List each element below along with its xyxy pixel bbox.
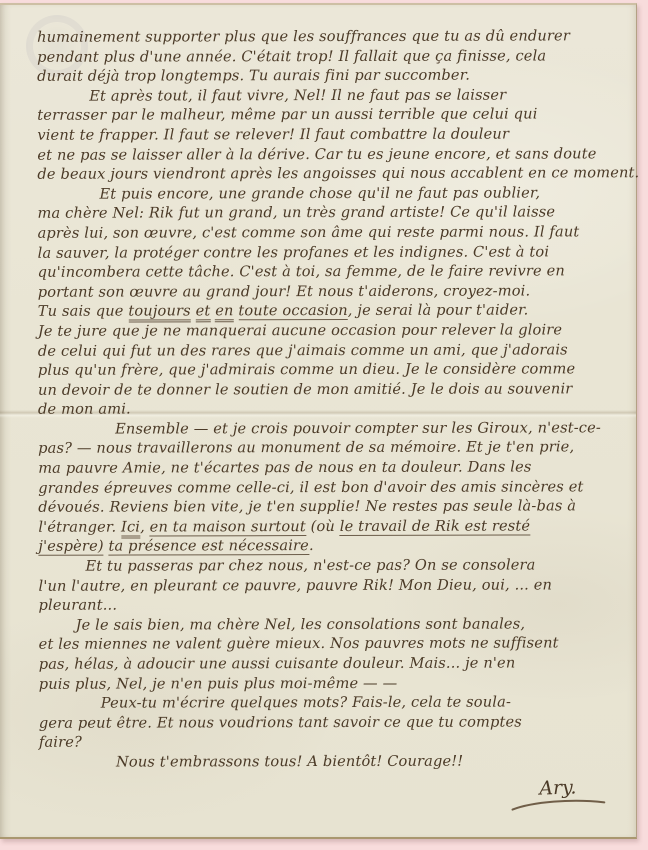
- text-segment: puis plus, Nel, je n'en puis plus moi-mê…: [39, 674, 398, 692]
- photo-mat-background: humainement supporter plus que les souff…: [0, 0, 648, 850]
- text-segment: gera peut être. Et nous voudrions tant s…: [39, 713, 522, 731]
- text-segment: Je te jure que je ne manquerai aucune oc…: [38, 321, 562, 339]
- letter-line: ma chère Nel: Rik fut un grand, un très …: [37, 203, 619, 224]
- text-segment: humainement supporter plus que les souff…: [37, 27, 570, 45]
- letter-line: portant son œuvre au grand jour! Et nous…: [38, 281, 620, 302]
- letter-line: de mon ami.: [38, 399, 620, 420]
- underlined-text: en ta maison surtout: [150, 518, 306, 536]
- underlined-text: en: [215, 303, 233, 323]
- text-segment: Nous t'embrassons tous! A bientôt! Coura…: [116, 753, 463, 771]
- text-segment: l'étranger.: [38, 518, 121, 535]
- text-segment: pendant plus d'une année. C'était trop! …: [37, 47, 546, 65]
- letter-line: Et après tout, il faut vivre, Nel! Il ne…: [37, 85, 619, 106]
- text-segment: (où: [306, 518, 340, 535]
- letter-line: j'espère) ta présence est nécessaire.: [38, 536, 620, 557]
- letter-line: l'un l'autre, en pleurant ce pauvre, pau…: [38, 575, 620, 596]
- letter-line: Je te jure que je ne manquerai aucune oc…: [38, 320, 620, 341]
- text-segment: Peux-tu m'écrire quelques mots? Fais-le,…: [101, 694, 511, 712]
- letter-line: puis plus, Nel, je n'en puis plus moi-mê…: [39, 673, 621, 694]
- letter-line: qu'incombera cette tâche. C'est à toi, s…: [38, 261, 620, 282]
- text-segment: de celui qui fut un des rares que j'aima…: [38, 341, 568, 359]
- letter-line: Peux-tu m'écrire quelques mots? Fais-le,…: [39, 692, 621, 713]
- text-segment: Tu sais que: [38, 303, 129, 320]
- letter-line: Ensemble — et je crois pouvoir compter s…: [38, 418, 620, 439]
- letter-line: Et tu passeras par chez nous, n'est-ce p…: [38, 555, 620, 576]
- underlined-text: le travail de Rik est resté: [340, 517, 530, 535]
- text-segment: , je serai là pour t'aider.: [348, 302, 529, 319]
- text-segment: [234, 303, 239, 320]
- letter-line: dévoués. Reviens bien vite, je t'en supp…: [38, 496, 620, 517]
- text-segment: après lui, son œuvre, c'est comme son âm…: [38, 223, 580, 241]
- letter-line: durait déjà trop longtemps. Tu aurais fi…: [37, 65, 619, 86]
- letter-line: ma pauvre Amie, ne t'écartes pas de nous…: [38, 457, 620, 478]
- letter-line: Et puis encore, une grande chose qu'il n…: [37, 183, 619, 204]
- text-segment: Et puis encore, une grande chose qu'il n…: [99, 184, 540, 202]
- text-segment: pas? — nous travaillerons au monument de…: [38, 439, 574, 457]
- text-segment: de mon ami.: [38, 401, 131, 418]
- text-segment: et les miennes ne valent guère mieux. No…: [39, 635, 559, 653]
- letter-line: grandes épreuves comme celle-ci, il est …: [38, 477, 620, 498]
- letter-line: pas? — nous travaillerons au monument de…: [38, 438, 620, 459]
- text-segment: plus qu'un frère, que j'admirais comme u…: [38, 360, 575, 378]
- text-segment: pleurant...: [39, 597, 118, 614]
- text-segment: portant son œuvre au grand jour! Et nous…: [38, 282, 531, 300]
- text-segment: faire?: [39, 734, 82, 751]
- signature: Ary.: [539, 776, 577, 799]
- letter-line: Je le sais bien, ma chère Nel, les conso…: [39, 614, 621, 635]
- letter-line: plus qu'un frère, que j'admirais comme u…: [38, 359, 620, 380]
- letter-line: de beaux jours viendront après les angoi…: [37, 163, 619, 184]
- letter-line: après lui, son œuvre, c'est comme son âm…: [38, 222, 620, 243]
- underlined-text: toujours: [128, 303, 190, 323]
- text-segment: ma chère Nel: Rik fut un grand, un très …: [37, 204, 555, 222]
- letter-line: l'étranger. Ici, en ta maison surtout (o…: [38, 516, 620, 537]
- letter-page: humainement supporter plus que les souff…: [0, 3, 637, 839]
- text-segment: dévoués. Reviens bien vite, je t'en supp…: [38, 498, 576, 516]
- text-segment: de beaux jours viendront après les angoi…: [37, 164, 639, 183]
- letter-body: humainement supporter plus que les souff…: [37, 26, 621, 772]
- letter-line: gera peut être. Et nous voudrions tant s…: [39, 712, 621, 733]
- letter-line: faire?: [39, 732, 621, 753]
- letter-line: et ne pas se laisser aller à la dérive. …: [37, 144, 619, 165]
- letter-line: un devoir de te donner le soutien de mon…: [38, 379, 620, 400]
- letter-line: pleurant...: [39, 594, 621, 615]
- text-segment: vient te frapper. Il faut se relever! Il…: [37, 125, 509, 143]
- letter-line: pas, hélas, à adoucir une aussi cuisante…: [39, 653, 621, 674]
- text-segment: ma pauvre Amie, ne t'écartes pas de nous…: [38, 459, 531, 477]
- text-segment: un devoir de te donner le soutien de mon…: [38, 380, 572, 398]
- text-segment: Et tu passeras par chez nous, n'est-ce p…: [85, 556, 535, 574]
- underlined-text: j'espère): [38, 538, 103, 556]
- letter-line: Nous t'embrassons tous! A bientôt! Coura…: [39, 751, 621, 772]
- text-segment: Je le sais bien, ma chère Nel, les conso…: [76, 615, 526, 633]
- text-segment: l'un l'autre, en pleurant ce pauvre, pau…: [38, 576, 552, 594]
- letter-line: vient te frapper. Il faut se relever! Il…: [37, 124, 619, 145]
- text-segment: grandes épreuves comme celle-ci, il est …: [38, 478, 583, 496]
- letter-line: de celui qui fut un des rares que j'aima…: [38, 340, 620, 361]
- text-segment: durait déjà trop longtemps. Tu aurais fi…: [37, 67, 470, 85]
- text-segment: ,: [140, 518, 150, 535]
- text-segment: Ensemble — et je crois pouvoir compter s…: [115, 419, 601, 437]
- text-segment: pas, hélas, à adoucir une aussi cuisante…: [39, 655, 516, 673]
- text-segment: la sauver, la protéger contre les profan…: [38, 243, 550, 261]
- underlined-text: et: [196, 303, 211, 323]
- text-segment: qu'incombera cette tâche. C'est à toi, s…: [38, 263, 565, 281]
- text-segment: .: [309, 537, 314, 554]
- letter-line: humainement supporter plus que les souff…: [37, 26, 619, 47]
- letter-line: et les miennes ne valent guère mieux. No…: [39, 634, 621, 655]
- letter-line: la sauver, la protéger contre les profan…: [38, 242, 620, 263]
- letter-line: terrasser par le malheur, même par un au…: [37, 105, 619, 126]
- text-segment: et ne pas se laisser aller à la dérive. …: [37, 145, 596, 163]
- text-segment: Et après tout, il faut vivre, Nel! Il ne…: [89, 86, 506, 104]
- letter-line: pendant plus d'une année. C'était trop! …: [37, 46, 619, 67]
- signature-block: Ary.: [509, 775, 606, 812]
- underlined-text: Ici: [121, 518, 140, 538]
- letter-line: Tu sais que toujours et en toute occasio…: [38, 301, 620, 322]
- underlined-text: ta présence est nécessaire: [108, 537, 309, 556]
- underlined-text: toute occasion: [238, 302, 348, 320]
- text-segment: terrasser par le malheur, même par un au…: [37, 106, 537, 124]
